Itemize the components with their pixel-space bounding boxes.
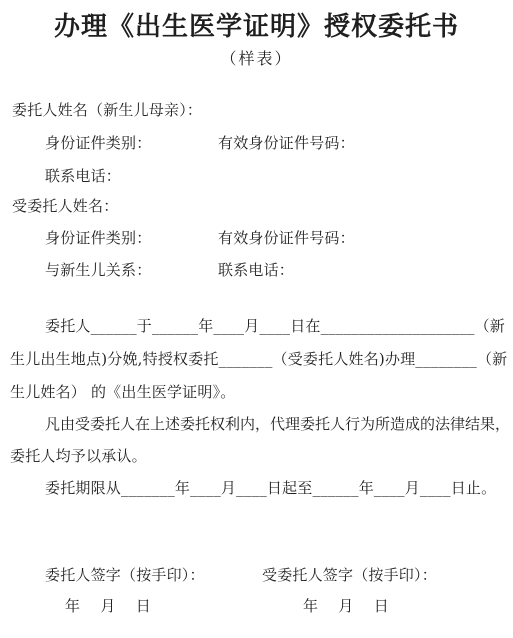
authorization-line-2: 生儿出生地点)分娩,特授权委托_______（受委托人姓名)办理________… bbox=[10, 350, 507, 369]
authorization-letter-document: 办理《出生医学证明》授权委托书 （样表） 委托人姓名（新生儿母亲）： 身份证件类… bbox=[0, 0, 513, 638]
page-subtitle: （样表） bbox=[0, 46, 513, 69]
liability-line-2: 委托人均予以承认。 bbox=[10, 447, 147, 466]
agent-id-type-label: 身份证件类别： bbox=[45, 229, 151, 248]
agent-phone-label: 联系电话： bbox=[218, 261, 294, 280]
principal-id-number-label: 有效身份证件号码： bbox=[218, 134, 355, 153]
principal-signature-date-line: 年 月 日 bbox=[65, 597, 151, 616]
agent-signature-date-line: 年 月 日 bbox=[303, 597, 389, 616]
agent-id-number-label: 有效身份证件号码： bbox=[218, 229, 355, 248]
page-title: 办理《出生医学证明》授权委托书 bbox=[0, 6, 513, 43]
principal-id-type-label: 身份证件类别： bbox=[45, 134, 151, 153]
liability-line-1: 凡由受委托人在上述委托权利内，代理委托人行为所造成的法律结果， bbox=[45, 415, 510, 434]
principal-name-label: 委托人姓名（新生儿母亲）： bbox=[12, 101, 202, 120]
agent-name-label: 受委托人姓名： bbox=[12, 197, 118, 216]
authorization-line-1: 委托人______于______年____月____日在____________… bbox=[45, 317, 505, 336]
authorization-line-3: 生儿姓名） 的《出生医学证明》。 bbox=[10, 383, 235, 402]
agent-signature-label: 受委托人签字（按手印）： bbox=[262, 566, 437, 585]
principal-signature-label: 委托人签字（按手印）： bbox=[45, 566, 205, 585]
principal-phone-label: 联系电话： bbox=[45, 167, 121, 186]
agent-relation-label: 与新生儿关系： bbox=[45, 261, 151, 280]
authorization-period-line: 委托期限从_______年____月____日起至______年____月___… bbox=[45, 479, 496, 498]
